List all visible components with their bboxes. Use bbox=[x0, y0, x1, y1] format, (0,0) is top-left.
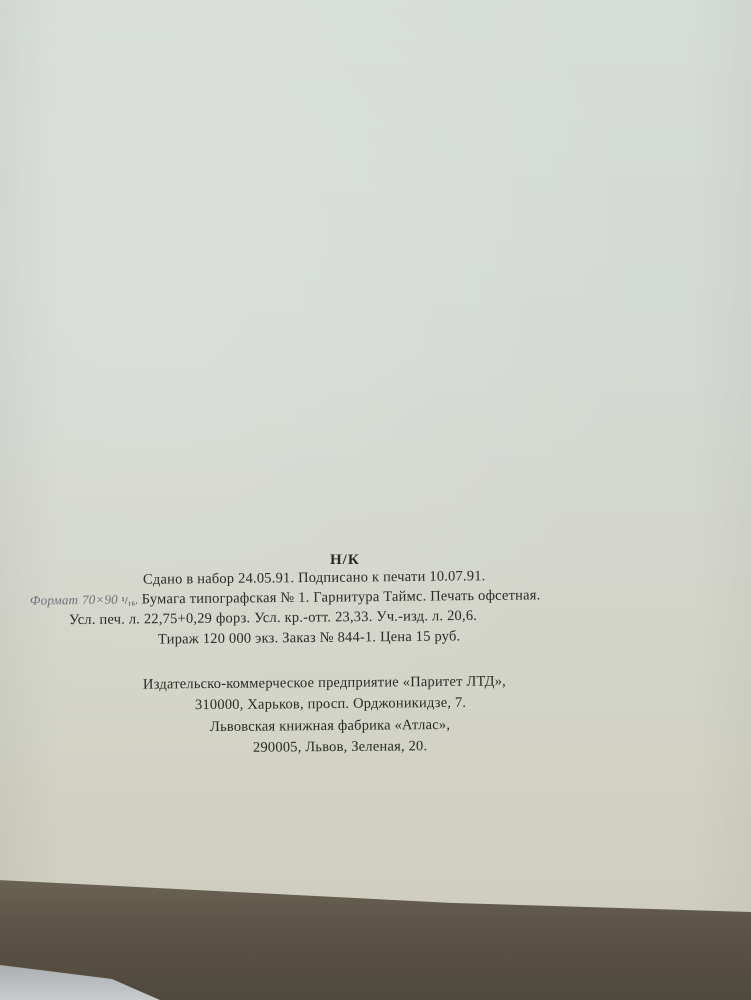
printer-address: 290005, Львов, Зеленая, 20. bbox=[253, 738, 427, 757]
publisher-name: Издательско-коммерческое предприятие «Па… bbox=[143, 673, 506, 693]
printer-name: Львовская книжная фабрика «Атлас», bbox=[210, 717, 450, 736]
paper-typeface-print: Бумага типографская № 1. Гарнитура Таймс… bbox=[142, 587, 541, 607]
typesetting-dates: Сдано в набор 24.05.91. Подписано к печа… bbox=[143, 568, 486, 589]
print-run-order-price: Тираж 120 000 экз. Заказ № 844-1. Цена 1… bbox=[158, 628, 461, 648]
book-page bbox=[0, 0, 751, 912]
publisher-address: 310000, Харьков, просп. Орджоникидзе, 7. bbox=[195, 695, 466, 714]
format-fraction: ¹/₁₆. bbox=[122, 596, 138, 607]
colophon-heading: Н/К bbox=[330, 552, 360, 569]
format-label: Формат bbox=[30, 592, 78, 608]
format-value: 70×90 bbox=[82, 592, 118, 607]
